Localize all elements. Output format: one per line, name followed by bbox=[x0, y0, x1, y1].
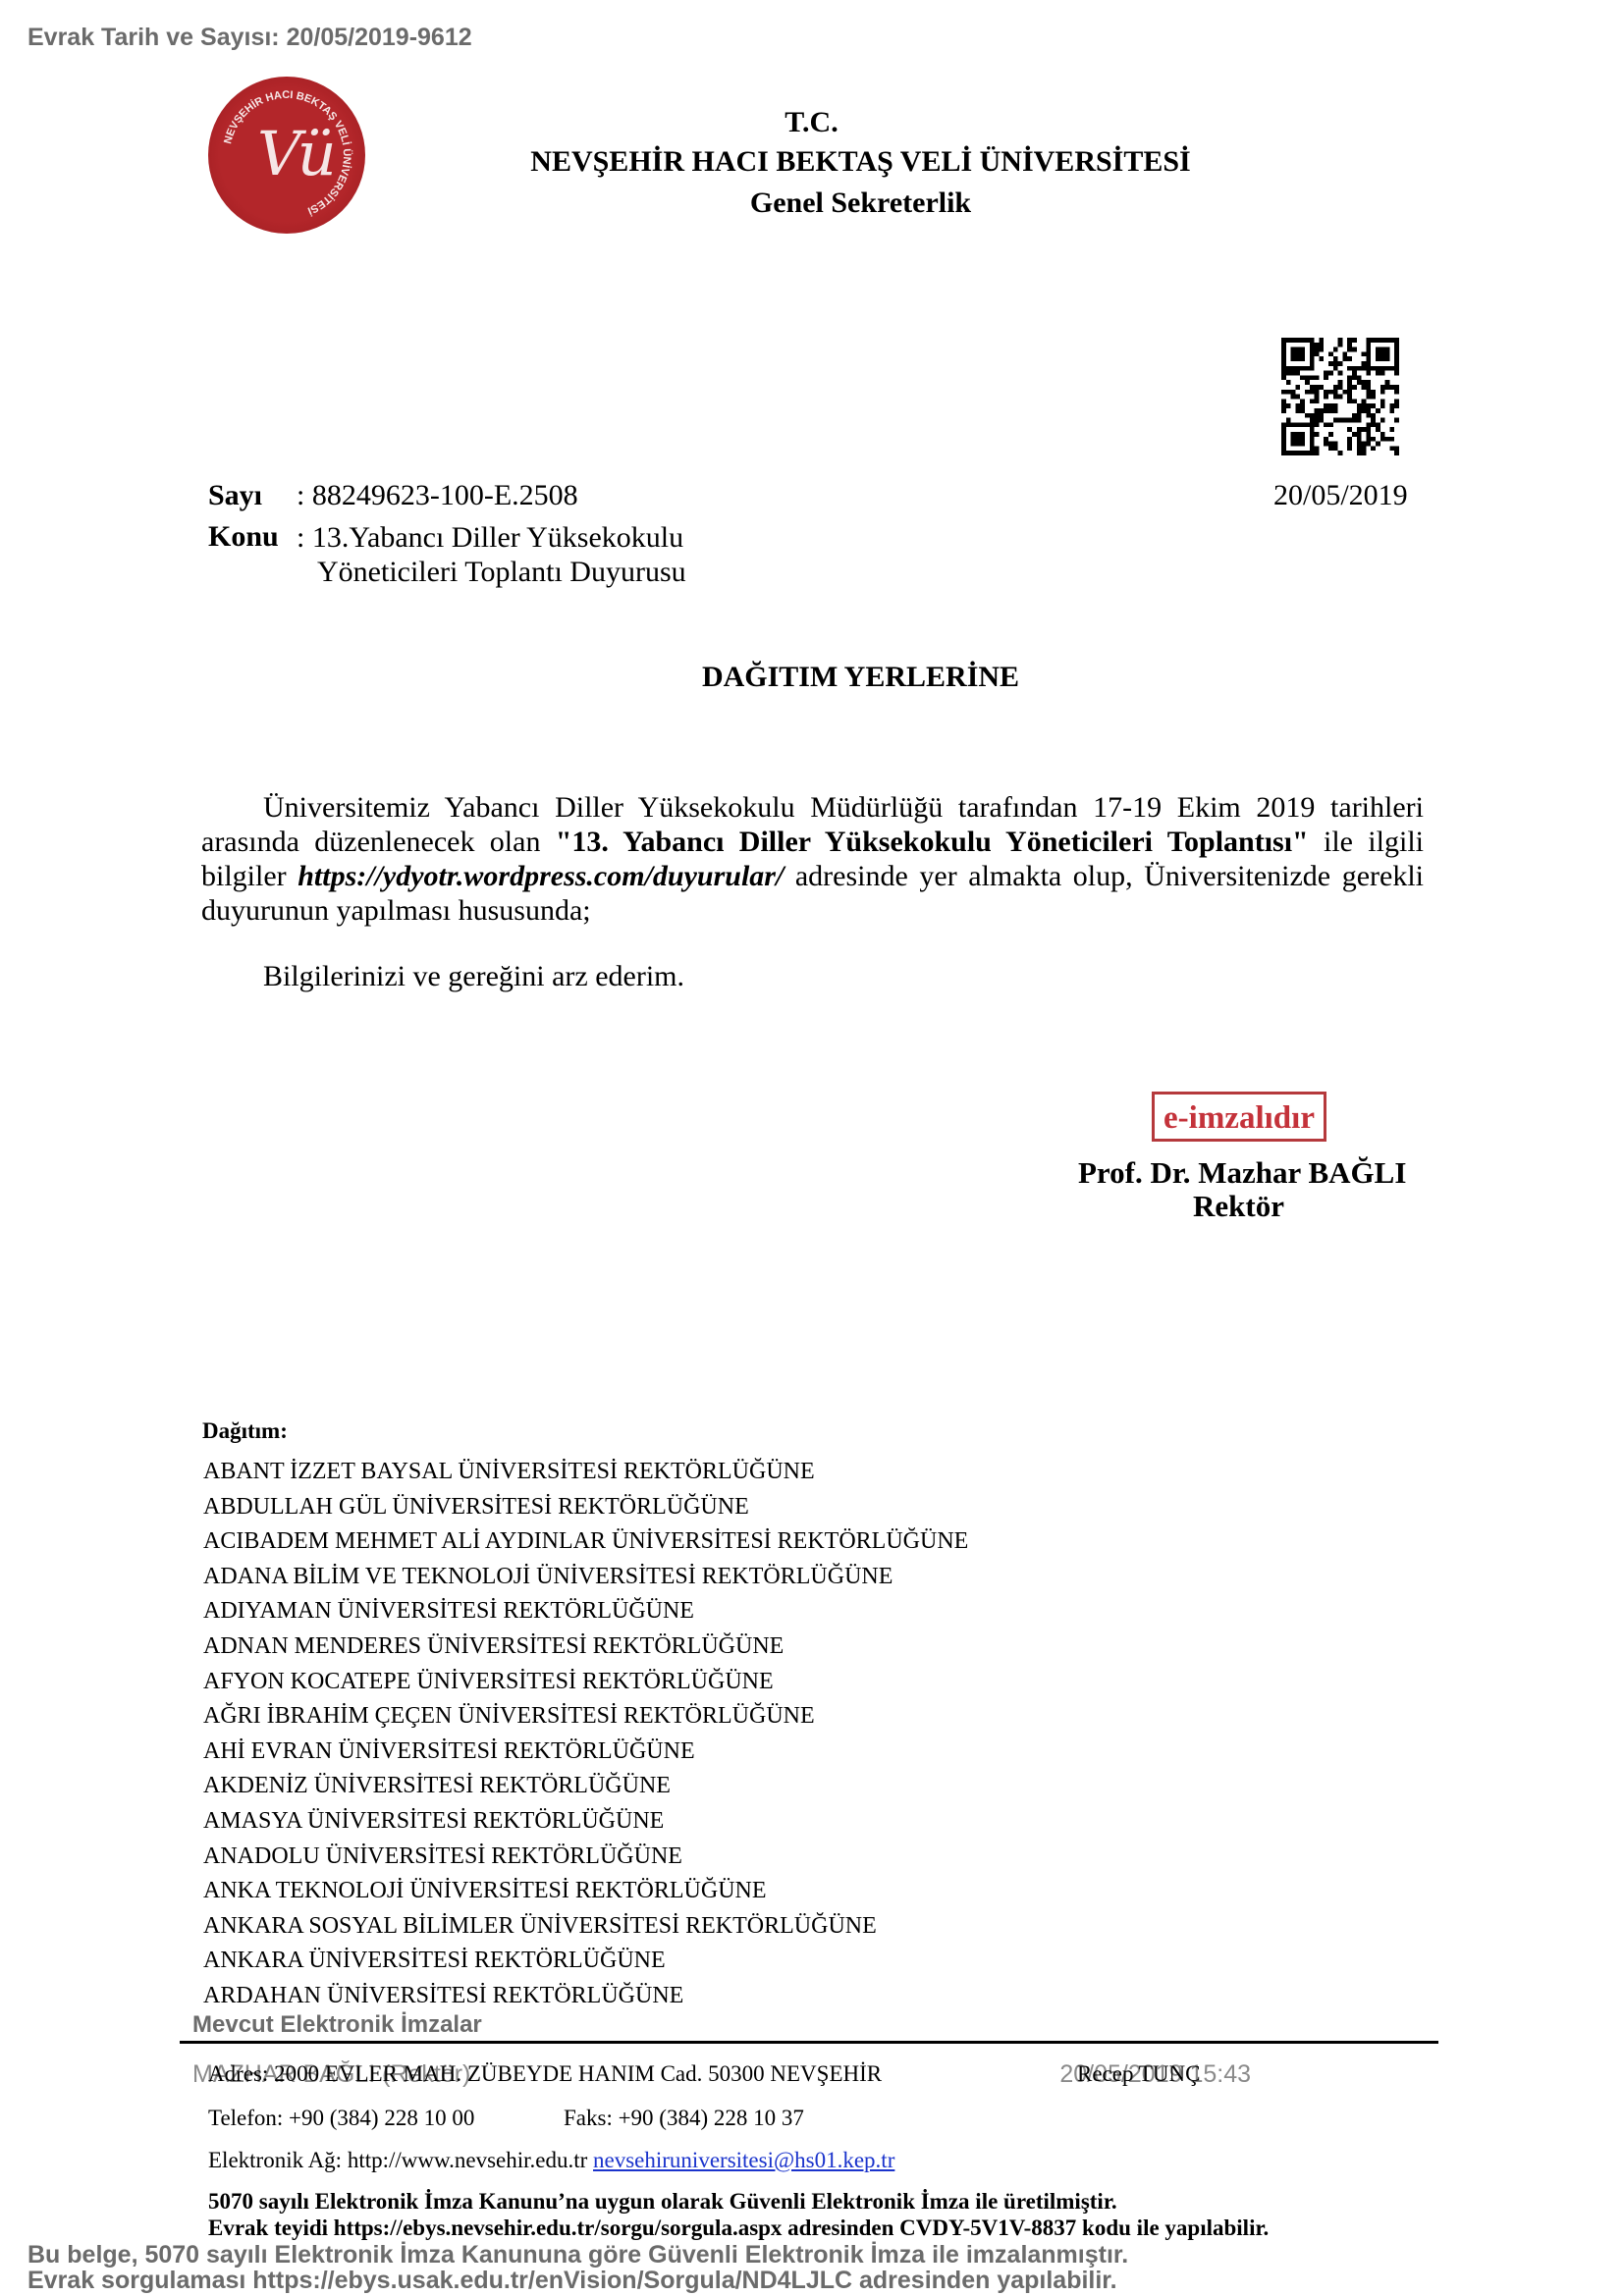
distribution-item: ARDAHAN ÜNİVERSİTESİ REKTÖRLÜĞÜNE bbox=[203, 1979, 968, 2014]
distribution-item: AKDENİZ ÜNİVERSİTESİ REKTÖRLÜĞÜNE bbox=[203, 1769, 968, 1804]
divider bbox=[180, 2041, 1438, 2044]
document-stamp: Evrak Tarih ve Sayısı: 20/05/2019-9612 bbox=[27, 24, 472, 52]
distribution-item: ANADOLU ÜNİVERSİTESİ REKTÖRLÜĞÜNE bbox=[203, 1840, 968, 1875]
distribution-item: ANKARA ÜNİVERSİTESİ REKTÖRLÜĞÜNE bbox=[203, 1944, 968, 1979]
distribution-item: ABANT İZZET BAYSAL ÜNİVERSİTESİ REKTÖRLÜ… bbox=[203, 1455, 968, 1490]
konu-label: Konu bbox=[208, 520, 279, 554]
distribution-item: AHİ EVRAN ÜNİVERSİTESİ REKTÖRLÜĞÜNE bbox=[203, 1735, 968, 1770]
info-link[interactable]: https://ydyotr.wordpress.com/duyurular/ bbox=[298, 860, 784, 892]
footer-query-note: Evrak sorgulaması https://ebys.usak.edu.… bbox=[27, 2267, 1117, 2295]
address: Adres: 2000 EVLER MAH. ZÜBEYDE HANIM Cad… bbox=[208, 2061, 882, 2087]
signer-title: Rektör bbox=[1193, 1189, 1284, 1224]
distribution-item: ACIBADEM MEHMET ALİ AYDINLAR ÜNİVERSİTES… bbox=[203, 1524, 968, 1560]
distribution-item: ANKARA SOSYAL BİLİMLER ÜNİVERSİTESİ REKT… bbox=[203, 1909, 968, 1945]
distribution-item: ADANA BİLİM VE TEKNOLOJİ ÜNİVERSİTESİ RE… bbox=[203, 1560, 968, 1595]
distribution-item: AMASYA ÜNİVERSİTESİ REKTÖRLÜĞÜNE bbox=[203, 1804, 968, 1840]
distribution-item: AFYON KOCATEPE ÜNİVERSİTESİ REKTÖRLÜĞÜNE bbox=[203, 1665, 968, 1700]
web-contact: Elektronik Ağ: http://www.nevsehir.edu.t… bbox=[208, 2148, 894, 2173]
meeting-title: "13. Yabancı Diller Yüksekokulu Yönetici… bbox=[556, 826, 1309, 858]
closing-line: Bilgilerinizi ve gereğini arz ederim. bbox=[263, 960, 684, 993]
header-unit: Genel Sekreterlik bbox=[49, 187, 1623, 220]
footer-signature-note: Bu belge, 5070 sayılı Elektronik İmza Ka… bbox=[27, 2241, 1128, 2269]
header-institution: NEVŞEHİR HACI BEKTAŞ VELİ ÜNİVERSİTESİ bbox=[49, 145, 1623, 179]
sayi-label: Sayı bbox=[208, 479, 262, 512]
konu-value-line1: : 13.Yabancı Diller Yüksekokulu bbox=[297, 520, 683, 556]
distribution-list: ABANT İZZET BAYSAL ÜNİVERSİTESİ REKTÖRLÜ… bbox=[203, 1455, 968, 2014]
kep-email-link[interactable]: nevsehiruniversitesi@hs01.kep.tr bbox=[593, 2148, 894, 2172]
signer-name: Prof. Dr. Mazhar BAĞLI bbox=[1078, 1155, 1406, 1191]
distribution-item: ADNAN MENDERES ÜNİVERSİTESİ REKTÖRLÜĞÜNE bbox=[203, 1629, 968, 1665]
contact-person: Recep TUNÇ bbox=[1077, 2061, 1200, 2087]
law-note: 5070 sayılı Elektronik İmza Kanunu’na uy… bbox=[208, 2189, 1117, 2215]
sayi-value: : 88249623-100-E.2508 bbox=[297, 479, 578, 512]
distribution-item: ANKA TEKNOLOJİ ÜNİVERSİTESİ REKTÖRLÜĞÜNE bbox=[203, 1874, 968, 1909]
web-label: Elektronik Ağ: http://www.nevsehir.edu.t… bbox=[208, 2148, 593, 2172]
qr-code-icon bbox=[1281, 337, 1399, 456]
e-signature-badge: e-imzalıdır bbox=[1152, 1092, 1326, 1142]
distribution-title: Dağıtım: bbox=[202, 1418, 288, 1444]
addressee-heading: DAĞITIM YERLERİNE bbox=[49, 661, 1623, 694]
phone: Telefon: +90 (384) 228 10 00 bbox=[208, 2106, 474, 2131]
document-date: 20/05/2019 bbox=[1273, 479, 1408, 512]
letter-body: Üniversitemiz Yabancı Diller Yüksekokulu… bbox=[201, 790, 1424, 928]
konu-value-line2: Yöneticileri Toplantı Duyurusu bbox=[317, 556, 686, 589]
existing-signatures-heading: Mevcut Elektronik İmzalar bbox=[192, 2011, 482, 2039]
body-paragraph: Üniversitemiz Yabancı Diller Yüksekokulu… bbox=[201, 790, 1424, 928]
fax: Faks: +90 (384) 228 10 37 bbox=[564, 2106, 804, 2131]
distribution-item: AĞRI İBRAHİM ÇEÇEN ÜNİVERSİTESİ REKTÖRLÜ… bbox=[203, 1699, 968, 1735]
distribution-item: ABDULLAH GÜL ÜNİVERSİTESİ REKTÖRLÜĞÜNE bbox=[203, 1490, 968, 1525]
distribution-item: ADIYAMAN ÜNİVERSİTESİ REKTÖRLÜĞÜNE bbox=[203, 1594, 968, 1629]
header-state: T.C. bbox=[0, 106, 1623, 139]
verification-note: Evrak teyidi https://ebys.nevsehir.edu.t… bbox=[208, 2216, 1269, 2241]
